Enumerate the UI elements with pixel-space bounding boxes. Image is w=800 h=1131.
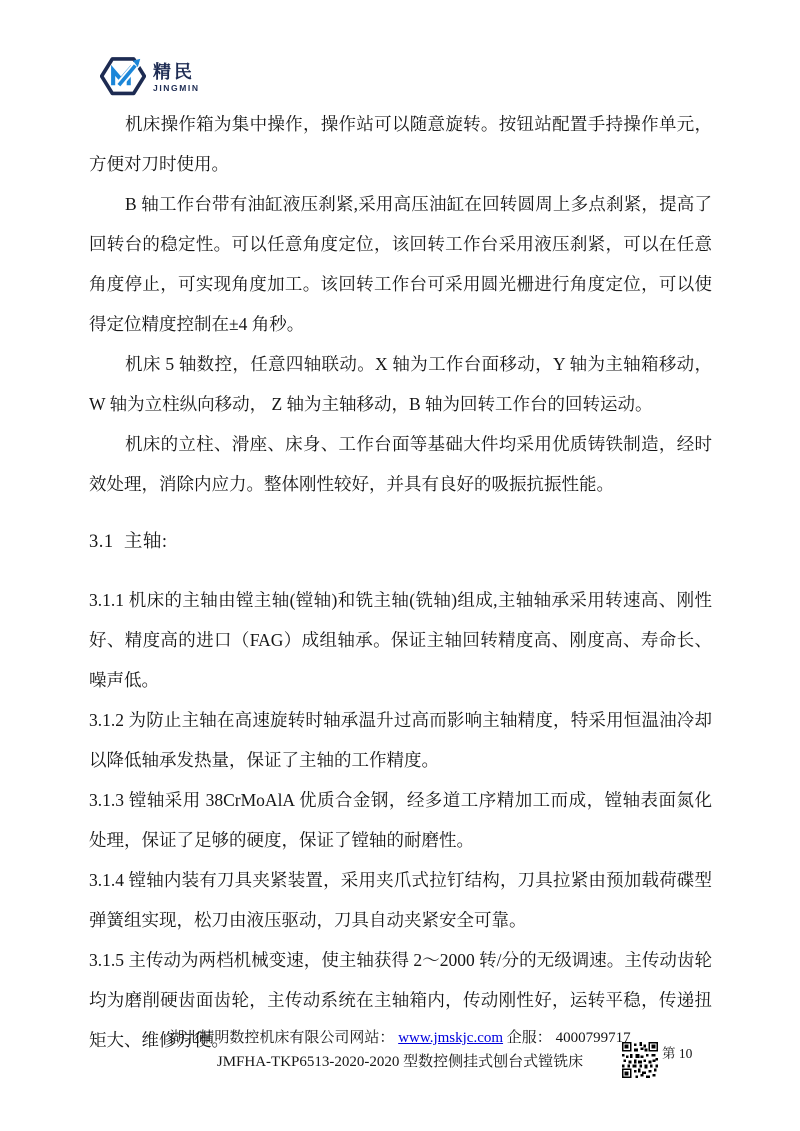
document-page: 精民 JINGMIN 机床操作箱为集中操作，操作站可以随意旋转。按钮站配置手持操…	[0, 0, 800, 1131]
paragraph-operation-box: 机床操作箱为集中操作，操作站可以随意旋转。按钮站配置手持操作单元，方便对刀时使用…	[89, 104, 712, 184]
numbered-paragraph-3-1-4: 3.1.4 镗轴内装有刀具夹紧装置，采用夹爪式拉钉结构，刀具拉紧由预加载荷碟型弹…	[89, 860, 712, 940]
logo-name-en: JINGMIN	[153, 84, 200, 93]
footer-service-label: 企服：	[507, 1030, 552, 1046]
document-body: 机床操作箱为集中操作，操作站可以随意旋转。按钮站配置手持操作单元，方便对刀时使用…	[89, 104, 712, 1060]
company-logo: 精民 JINGMIN	[100, 54, 200, 100]
numbered-paragraph-3-1-1: 3.1.1 机床的主轴由镗主轴(镗轴)和铣主轴(铣轴)组成,主轴轴承采用转速高、…	[89, 580, 712, 700]
footer-contact-line: 湖北精明数控机床有限公司网站： www.jmskjc.com 企服： 40007…	[100, 1026, 700, 1050]
footer-model-line: JMFHA-TKP6513-2020-2020 型数控侧挂式刨台式镗铣床	[100, 1050, 700, 1074]
footer-service-phone: 4000799717	[556, 1030, 631, 1046]
section-heading-spindle: 3.1 主轴:	[89, 522, 712, 562]
page-number: 第 10	[662, 1042, 692, 1062]
numbered-paragraph-3-1-2: 3.1.2 为防止主轴在高速旋转时轴承温升过高而影响主轴精度，特采用恒温油冷却以…	[89, 700, 712, 780]
footer: 湖北精明数控机床有限公司网站： www.jmskjc.com 企服： 40007…	[100, 1026, 700, 1074]
footer-company-site-label: 湖北精明数控机床有限公司网站：	[169, 1030, 394, 1046]
footer-site-link[interactable]: www.jmskjc.com	[398, 1030, 503, 1046]
logo-name-zh: 精民	[153, 63, 200, 81]
logo-hexagon-m-icon	[100, 54, 146, 100]
paragraph-five-axis-cnc: 机床 5 轴数控，任意四轴联动。X 轴为工作台面移动，Y 轴为主轴箱移动，W 轴…	[89, 344, 712, 424]
paragraph-b-axis-table: B 轴工作台带有油缸液压刹紧,采用高压油缸在回转圆周上多点刹紧，提高了回转台的稳…	[89, 184, 712, 344]
numbered-paragraph-3-1-3: 3.1.3 镗轴采用 38CrMoAlA 优质合金钢，经多道工序精加工而成，镗轴…	[89, 780, 712, 860]
qr-code	[622, 1042, 658, 1078]
logo-wordmark: 精民 JINGMIN	[153, 63, 200, 93]
paragraph-cast-iron-parts: 机床的立柱、滑座、床身、工作台面等基础大件均采用优质铸铁制造，经时效处理，消除内…	[89, 424, 712, 504]
